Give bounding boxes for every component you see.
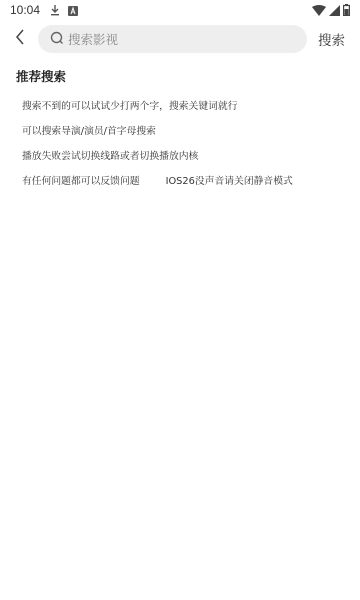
suggestion-item[interactable]: 搜索不到的可以试试少打两个字，搜索关键词就行 [22,98,238,112]
status-icons-left [50,1,78,20]
suggestion-item[interactable]: 可以搜索导演/演员/首字母搜索 [22,123,156,137]
download-icon [50,1,60,20]
back-button[interactable] [2,25,38,53]
suggestion-row: 可以搜索导演/演员/首字母搜索 [0,117,360,142]
suggestion-row: 搜索不到的可以试试少打两个字，搜索关键词就行 [0,92,360,117]
status-icons-right [312,1,350,20]
wifi-icon [312,1,326,20]
search-input[interactable] [68,32,268,47]
suggestion-item[interactable]: 有任何问题都可以反馈问题 [22,173,140,187]
status-time: 10:04 [10,3,40,17]
suggestion-row: 有任何问题都可以反馈问题 IOS26没声音请关闭静音模式 [0,167,360,192]
notification-a-icon [68,1,78,20]
recommend-title: 推荐搜索 [16,67,66,85]
signal-icon [329,1,340,20]
search-button[interactable]: 搜索 [318,25,345,53]
status-bar: 10:04 [0,0,360,20]
suggestion-item[interactable]: IOS26没声音请关闭静音模式 [166,173,293,187]
chevron-left-icon [15,29,25,49]
recommend-list: 搜索不到的可以试试少打两个字，搜索关键词就行 可以搜索导演/演员/首字母搜索 播… [0,92,360,192]
suggestion-row: 播放失败尝试切换线路或者切换播放内核 [0,142,360,167]
suggestion-item[interactable]: 播放失败尝试切换线路或者切换播放内核 [22,148,198,162]
search-icon [50,30,64,49]
battery-icon [343,1,350,20]
search-header: 搜索 [0,25,360,53]
search-box[interactable] [38,25,307,53]
